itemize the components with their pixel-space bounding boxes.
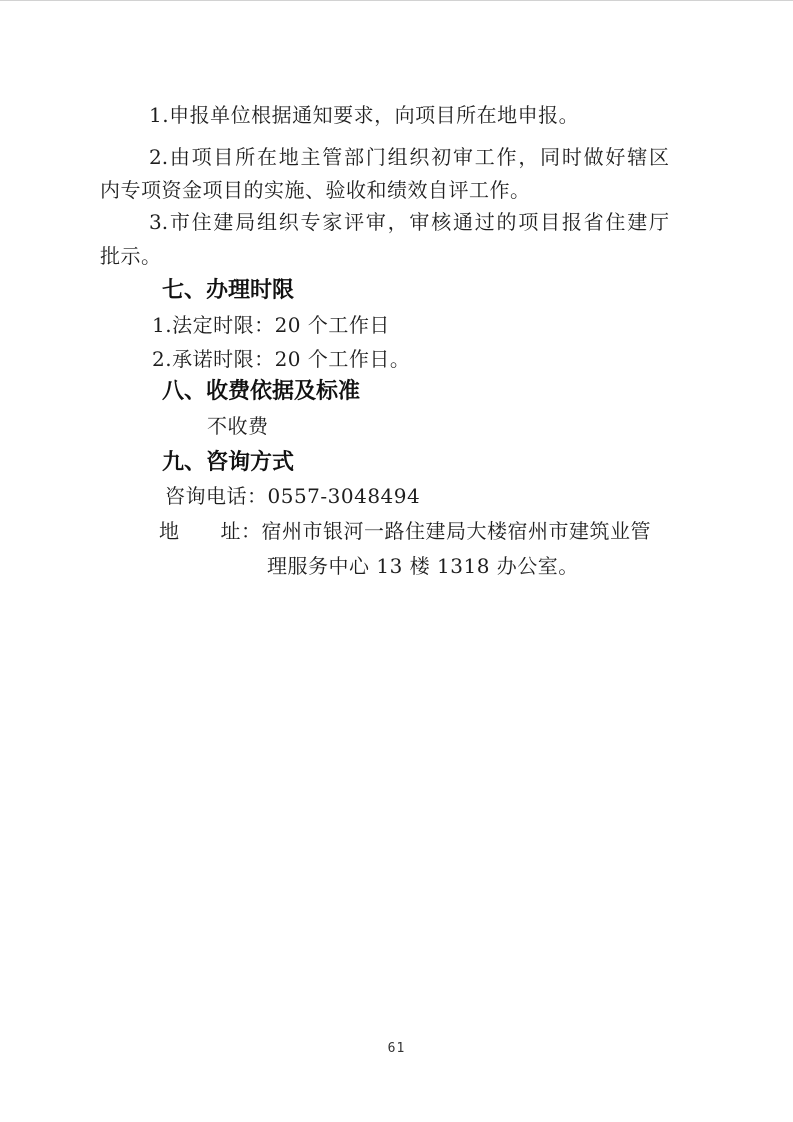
promised-time-limit-line: 2.承诺时限：20 个工作日。	[152, 347, 410, 371]
step-2-line-1: 2.由项目所在地主管部门组织初审工作，同时做好辖区	[149, 145, 669, 169]
step-3-line-2: 批示。	[100, 244, 162, 268]
step-3-line-1: 3.市住建局组织专家评审，审核通过的项目报省住建厅	[149, 210, 669, 234]
no-fee-line: 不收费	[207, 414, 269, 438]
page-number: 61	[0, 1041, 793, 1056]
step-2-line-2: 内专项资金项目的实施、验收和绩效自评工作。	[100, 178, 531, 202]
consult-phone-line: 咨询电话：0557-3048494	[165, 484, 420, 508]
section-7-heading: 七、办理时限	[162, 278, 294, 303]
step-1-line: 1.申报单位根据通知要求，向项目所在地申报。	[149, 103, 579, 127]
address-line-2: 理服务中心 13 楼 1318 办公室。	[267, 554, 579, 578]
document-page: 1.申报单位根据通知要求，向项目所在地申报。 2.由项目所在地主管部门组织初审工…	[0, 0, 793, 1122]
page-top-edge	[0, 0, 793, 1]
section-9-heading: 九、咨询方式	[162, 450, 294, 475]
legal-time-limit-line: 1.法定时限：20 个工作日	[152, 313, 390, 337]
address-line-1: 地 址：宿州市银河一路住建局大楼宿州市建筑业管	[159, 519, 651, 543]
section-8-heading: 八、收费依据及标准	[162, 379, 360, 404]
